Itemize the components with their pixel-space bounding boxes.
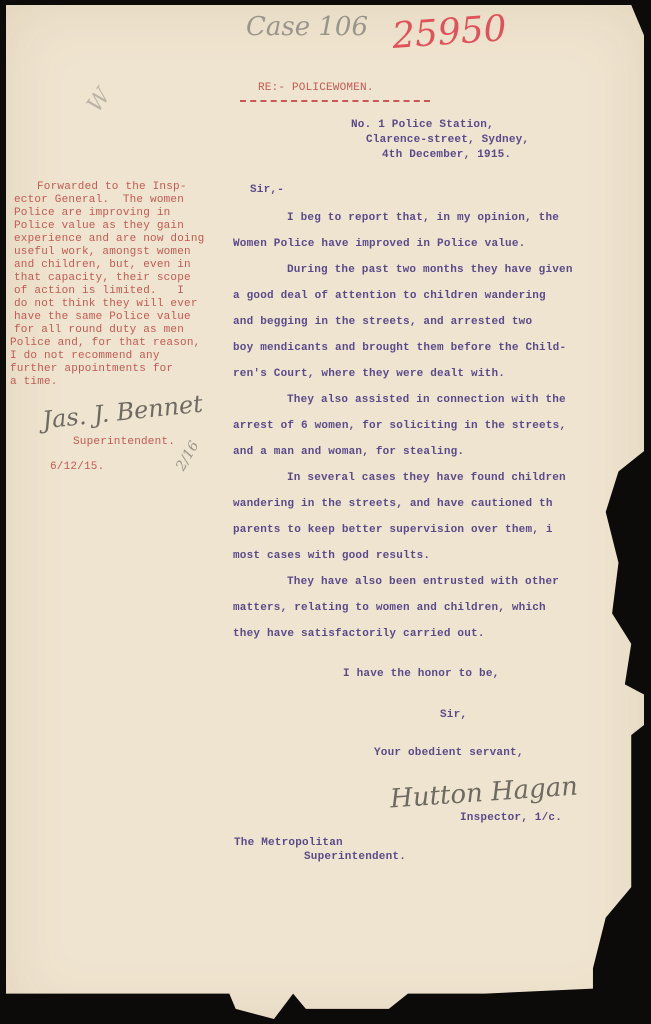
minute-line: useful work, amongst women xyxy=(14,246,191,258)
minute-line: I do not recommend any xyxy=(10,350,160,362)
body-line: and begging in the streets, and arrested… xyxy=(233,316,532,328)
body-line: a good deal of attention to children wan… xyxy=(233,290,546,302)
minute-date: 6/12/15. xyxy=(50,461,104,473)
address-line-1: No. 1 Police Station, xyxy=(351,119,494,131)
subject-underline xyxy=(240,100,430,102)
minute-line: of action is limited. I xyxy=(14,285,184,297)
minute-line: Police and, for that reason, xyxy=(10,337,200,349)
closing-line-3: Your obedient servant, xyxy=(374,747,524,759)
body-line: wandering in the streets, and have cauti… xyxy=(233,498,553,510)
minute-line: Forwarded to the Insp- xyxy=(37,181,187,193)
body-line: parents to keep better supervision over … xyxy=(233,524,553,536)
minute-line: and children, but, even in xyxy=(14,259,191,271)
body-line: most cases with good results. xyxy=(233,550,430,562)
letter-date: 4th December, 1915. xyxy=(382,149,511,161)
letter-subject: RE:- POLICEWOMEN. xyxy=(258,82,374,94)
closing-line-1: I have the honor to be, xyxy=(343,668,499,680)
body-line: they have satisfactorily carried out. xyxy=(233,628,485,640)
addressee-line-1: The Metropolitan xyxy=(234,837,343,849)
minute-line: do not think they will ever xyxy=(14,298,198,310)
address-line-2: Clarence-street, Sydney, xyxy=(366,134,529,146)
body-line: Women Police have improved in Police val… xyxy=(233,238,525,250)
body-line: I beg to report that, in my opinion, the xyxy=(287,212,559,224)
minute-line: Police are improving in xyxy=(14,207,170,219)
minute-line: further appointments for xyxy=(10,363,173,375)
addressee-line-2: Superintendent. xyxy=(304,851,406,863)
case-number-annotation: Case 106 xyxy=(246,12,368,42)
body-line: During the past two months they have giv… xyxy=(287,264,573,276)
body-line: boy mendicants and brought them before t… xyxy=(233,342,566,354)
minute-line: a time. xyxy=(10,376,58,388)
body-line: ren's Court, where they were dealt with. xyxy=(233,368,505,380)
body-line: They have also been entrusted with other xyxy=(287,576,559,588)
minute-signatory-title: Superintendent. xyxy=(73,436,175,448)
minute-line: for all round duty as men xyxy=(14,324,184,336)
body-line: In several cases they have found childre… xyxy=(287,472,566,484)
body-line: They also assisted in connection with th… xyxy=(287,394,566,406)
document-page xyxy=(6,5,644,1019)
minute-line: Police value as they gain xyxy=(14,220,184,232)
body-line: and a man and woman, for stealing. xyxy=(233,446,464,458)
registry-number-annotation: 25950 xyxy=(391,8,508,57)
closing-line-2: Sir, xyxy=(440,709,467,721)
minute-line: ector General. The women xyxy=(14,194,184,206)
minute-line: have the same Police value xyxy=(14,311,191,323)
salutation: Sir,- xyxy=(250,184,284,196)
body-line: arrest of 6 women, for soliciting in the… xyxy=(233,420,566,432)
minute-line: that capacity, their scope xyxy=(14,272,191,284)
minute-line: experience and are now doing xyxy=(14,233,204,245)
signatory-title: Inspector, 1/c. xyxy=(460,812,562,824)
body-line: matters, relating to women and children,… xyxy=(233,602,546,614)
